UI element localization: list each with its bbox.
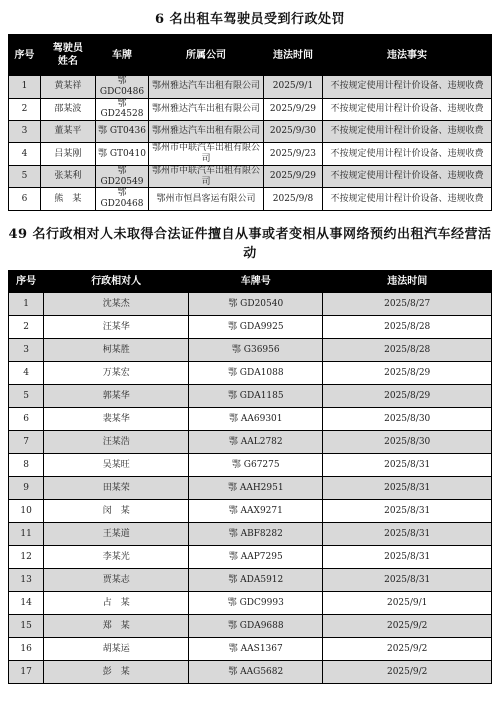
table-row: 10闵 某鄂 AAX92712025/8/31 [9,499,492,522]
table-cell: 胡某运 [44,637,189,660]
table-cell: 2025/8/27 [323,292,492,315]
table-cell: 万某宏 [44,361,189,384]
table-row: 2汪某华鄂 GDA99252025/8/28 [9,315,492,338]
table-cell: 汪某华 [44,315,189,338]
table-row: 5郭某华鄂 GDA11852025/8/29 [9,384,492,407]
header-cell: 序号 [9,270,44,292]
header-cell: 驾驶员 姓名 [40,35,95,76]
table-row: 14占 某鄂 GDC99932025/9/1 [9,591,492,614]
table-cell: 2025/8/31 [323,568,492,591]
table-cell: 6 [9,407,44,430]
table-cell: 裴某华 [44,407,189,430]
table-cell: 贾某志 [44,568,189,591]
table-cell: 鄂 AAH2951 [189,476,323,499]
table-cell: 鄂 AAX9271 [189,499,323,522]
table-row: 3柯某胜鄂 G369562025/8/28 [9,338,492,361]
table-cell: 2025/9/23 [264,143,323,166]
penalty-table-title: 6 名出租车驾驶员受到行政处罚 [8,0,492,34]
table-cell: 6 [9,188,41,211]
table-cell: 2025/8/30 [323,430,492,453]
table-cell: 鄂 GD20468 [95,188,148,211]
header-row: 序号驾驶员 姓名车牌所属公司违法时间违法事实 [9,35,492,76]
table-row: 9田某荣鄂 AAH29512025/8/31 [9,476,492,499]
table-row: 13贾某志鄂 ADA59122025/8/31 [9,568,492,591]
table-cell: 邵某波 [40,98,95,121]
table-cell: 2025/9/30 [264,121,323,143]
table-row: 17彭 某鄂 AAG56822025/9/2 [9,660,492,683]
table-cell: 1 [9,76,41,99]
table-cell: 鄂 GD24528 [95,98,148,121]
header-cell: 违法事实 [322,35,491,76]
header-cell: 违法时间 [264,35,323,76]
table-cell: 10 [9,499,44,522]
table-cell: 7 [9,430,44,453]
table-cell: 2025/8/31 [323,545,492,568]
table-cell: 5 [9,384,44,407]
table-cell: 13 [9,568,44,591]
table-cell: 闵 某 [44,499,189,522]
table-cell: 鄂 GT0436 [95,121,148,143]
table-row: 3董某平鄂 GT0436鄂州雅达汽车出租有限公司2025/9/30不按规定使用计… [9,121,492,143]
table-cell: 郑 某 [44,614,189,637]
table-cell: 15 [9,614,44,637]
table-cell: 2025/9/2 [323,614,492,637]
header-cell: 序号 [9,35,41,76]
table-cell: 鄂 ADA5912 [189,568,323,591]
table-row: 11王某道鄂 ABF82822025/8/31 [9,522,492,545]
table-row: 6裴某华鄂 AA693012025/8/30 [9,407,492,430]
table-cell: 2025/8/31 [323,476,492,499]
table-row: 16胡某运鄂 AAS13672025/9/2 [9,637,492,660]
table-cell: 2025/8/29 [323,361,492,384]
table-row: 7汪某浩鄂 AAL27822025/8/30 [9,430,492,453]
table-cell: 9 [9,476,44,499]
table-cell: 汪某浩 [44,430,189,453]
operators-table: 序号行政相对人车牌号违法时间 1沈某杰鄂 GD205402025/8/272汪某… [8,270,492,684]
table-cell: 8 [9,453,44,476]
table-cell: 田某荣 [44,476,189,499]
penalty-table: 序号驾驶员 姓名车牌所属公司违法时间违法事实 1黄某祥鄂 GDC0486鄂州雅达… [8,34,492,211]
table-cell: 1 [9,292,44,315]
operators-table-title: 49 名行政相对人未取得合法证件擅自从事或者变相从事网络预约出租汽车经营活动 [8,211,492,270]
table-cell: 鄂 AAL2782 [189,430,323,453]
table-cell: 鄂州雅达汽车出租有限公司 [149,98,264,121]
table-cell: 不按规定使用计程计价设备、违规收费 [322,121,491,143]
table-cell: 2025/9/1 [323,591,492,614]
table-row: 12李某光鄂 AAP72952025/8/31 [9,545,492,568]
table-cell: 2 [9,98,41,121]
table-cell: 2025/8/31 [323,522,492,545]
header-cell: 车牌 [95,35,148,76]
table-row: 5张某利鄂 GD20549鄂州市中联汽车出租有限公司2025/9/29不按规定使… [9,165,492,188]
table-cell: 鄂 AAP7295 [189,545,323,568]
table-cell: 鄂 GD20549 [95,165,148,188]
operators-table-body: 1沈某杰鄂 GD205402025/8/272汪某华鄂 GDA99252025/… [9,292,492,683]
table-row: 1黄某祥鄂 GDC0486鄂州雅达汽车出租有限公司2025/9/1不按规定使用计… [9,76,492,99]
operators-table-header: 序号行政相对人车牌号违法时间 [9,270,492,292]
table-row: 2邵某波鄂 GD24528鄂州雅达汽车出租有限公司2025/9/29不按规定使用… [9,98,492,121]
penalty-table-body: 1黄某祥鄂 GDC0486鄂州雅达汽车出租有限公司2025/9/1不按规定使用计… [9,76,492,211]
table-cell: 不按规定使用计程计价设备、违规收费 [322,188,491,211]
table-cell: 鄂州市中联汽车出租有限公司 [149,165,264,188]
header-cell: 所属公司 [149,35,264,76]
table-cell: 鄂 GDA1185 [189,384,323,407]
table-cell: 2025/8/28 [323,315,492,338]
table-cell: 吕某刚 [40,143,95,166]
table-cell: 沈某杰 [44,292,189,315]
table-cell: 不按规定使用计程计价设备、违规收费 [322,143,491,166]
table-cell: 李某光 [44,545,189,568]
header-cell: 违法时间 [323,270,492,292]
table-cell: 鄂州市恒昌客运有限公司 [149,188,264,211]
table-cell: 鄂州雅达汽车出租有限公司 [149,76,264,99]
table-cell: 2025/9/1 [264,76,323,99]
table-cell: 柯某胜 [44,338,189,361]
table-cell: 鄂 G36956 [189,338,323,361]
table-cell: 11 [9,522,44,545]
table-cell: 鄂州市中联汽车出租有限公司 [149,143,264,166]
table-cell: 2025/8/28 [323,338,492,361]
table-cell: 鄂 G67275 [189,453,323,476]
table-cell: 2025/8/31 [323,453,492,476]
table-cell: 不按规定使用计程计价设备、违规收费 [322,165,491,188]
table-cell: 2025/9/2 [323,660,492,683]
header-row: 序号行政相对人车牌号违法时间 [9,270,492,292]
table-cell: 吴某旺 [44,453,189,476]
table-cell: 王某道 [44,522,189,545]
table-cell: 鄂 AAG5682 [189,660,323,683]
table-cell: 2 [9,315,44,338]
table-row: 4万某宏鄂 GDA10882025/8/29 [9,361,492,384]
table-cell: 彭 某 [44,660,189,683]
table-cell: 不按规定使用计程计价设备、违规收费 [322,76,491,99]
table-cell: 占 某 [44,591,189,614]
table-cell: 2025/8/29 [323,384,492,407]
table-cell: 2025/9/29 [264,98,323,121]
table-cell: 鄂 GD20540 [189,292,323,315]
document-page: 6 名出租车驾驶员受到行政处罚 序号驾驶员 姓名车牌所属公司违法时间违法事实 1… [0,0,500,684]
table-cell: 张某利 [40,165,95,188]
table-cell: 2025/9/2 [323,637,492,660]
table-cell: 4 [9,361,44,384]
header-cell: 行政相对人 [44,270,189,292]
table-cell: 郭某华 [44,384,189,407]
table-cell: 2025/8/30 [323,407,492,430]
table-cell: 鄂 GDA9925 [189,315,323,338]
table-cell: 熊 某 [40,188,95,211]
table-cell: 2025/9/8 [264,188,323,211]
table-cell: 鄂 GT0410 [95,143,148,166]
table-cell: 12 [9,545,44,568]
table-row: 6熊 某鄂 GD20468鄂州市恒昌客运有限公司2025/9/8不按规定使用计程… [9,188,492,211]
table-cell: 3 [9,338,44,361]
table-cell: 黄某祥 [40,76,95,99]
table-cell: 17 [9,660,44,683]
table-cell: 3 [9,121,41,143]
table-cell: 鄂 GDA1088 [189,361,323,384]
table-cell: 鄂 GDA9688 [189,614,323,637]
table-cell: 16 [9,637,44,660]
table-cell: 鄂州雅达汽车出租有限公司 [149,121,264,143]
table-cell: 鄂 AAS1367 [189,637,323,660]
table-cell: 鄂 ABF8282 [189,522,323,545]
table-cell: 4 [9,143,41,166]
penalty-table-header: 序号驾驶员 姓名车牌所属公司违法时间违法事实 [9,35,492,76]
header-cell: 车牌号 [189,270,323,292]
table-cell: 不按规定使用计程计价设备、违规收费 [322,98,491,121]
table-cell: 鄂 AA69301 [189,407,323,430]
table-cell: 2025/8/31 [323,499,492,522]
table-row: 4吕某刚鄂 GT0410鄂州市中联汽车出租有限公司2025/9/23不按规定使用… [9,143,492,166]
table-row: 1沈某杰鄂 GD205402025/8/27 [9,292,492,315]
table-cell: 2025/9/29 [264,165,323,188]
table-row: 15郑 某鄂 GDA96882025/9/2 [9,614,492,637]
table-cell: 14 [9,591,44,614]
table-cell: 鄂 GDC0486 [95,76,148,99]
table-cell: 鄂 GDC9993 [189,591,323,614]
table-row: 8吴某旺鄂 G672752025/8/31 [9,453,492,476]
table-cell: 董某平 [40,121,95,143]
table-cell: 5 [9,165,41,188]
